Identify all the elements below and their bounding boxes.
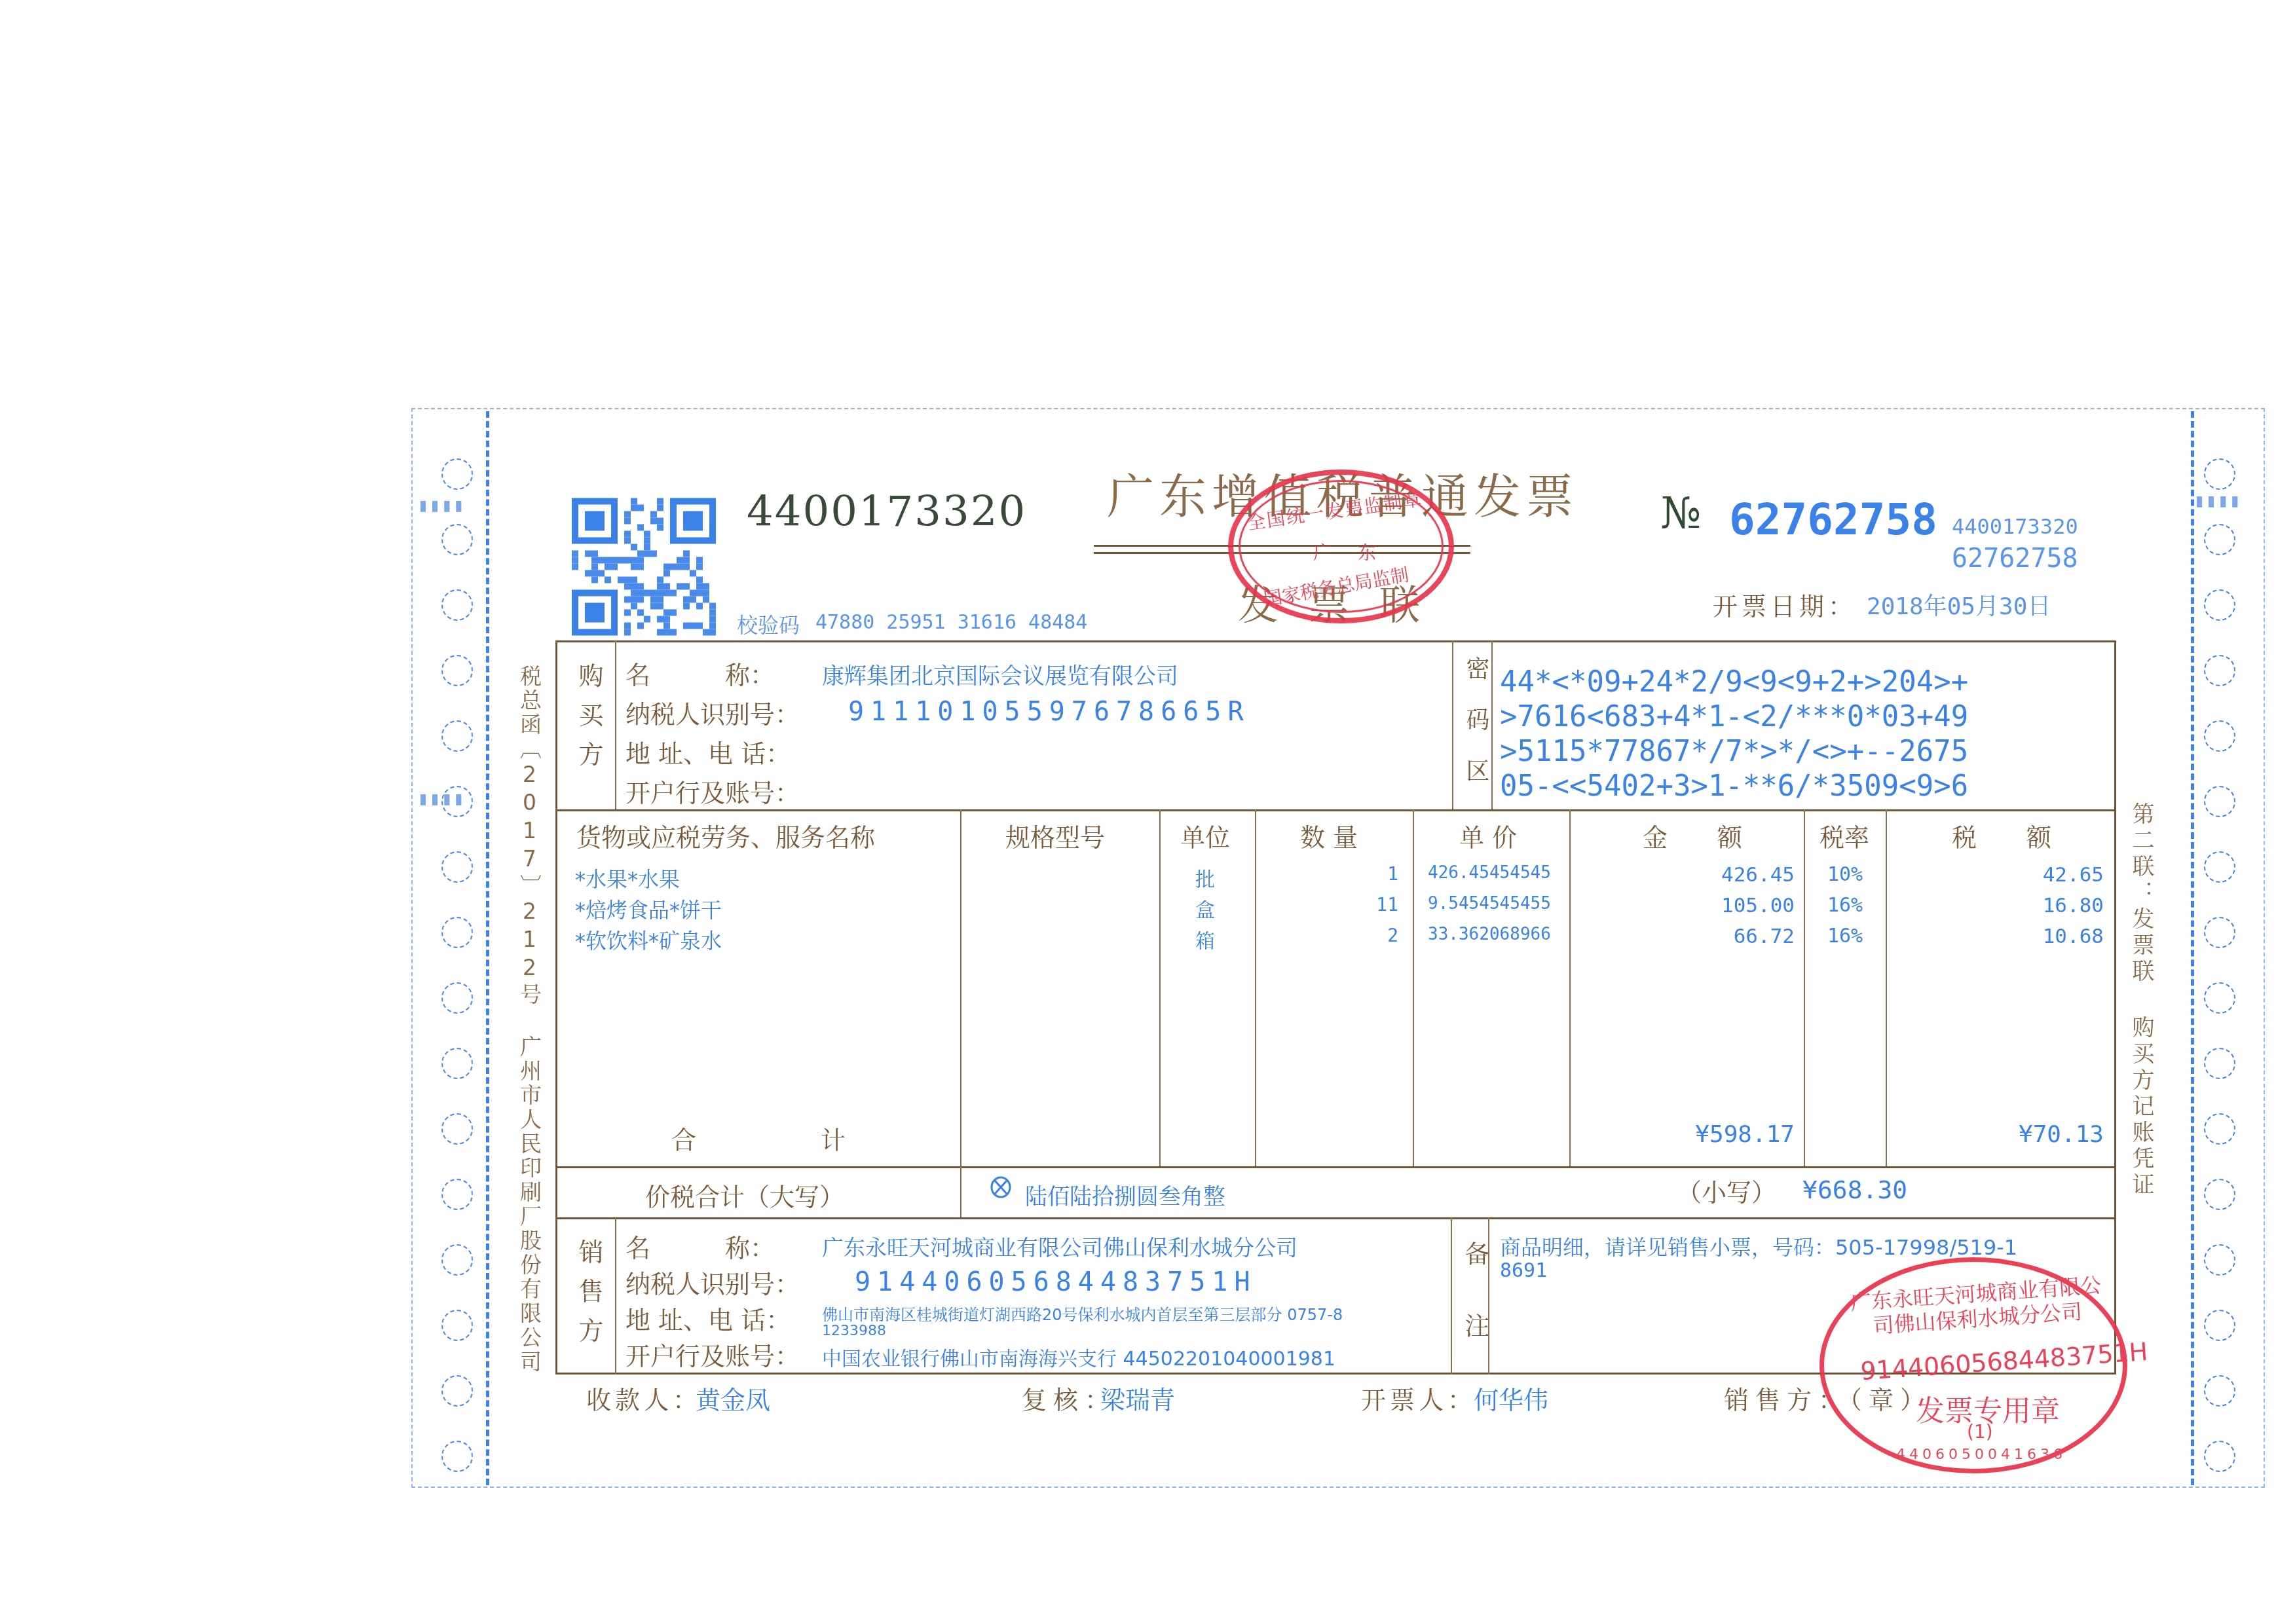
item-amount: 426.45 xyxy=(1578,863,1795,887)
col-header-spec: 规格型号 xyxy=(1005,817,1105,853)
seller-address-line1: 佛山市南海区桂城街道灯湖西路20号保利水城内首层至第三层部分 0757-8 xyxy=(822,1302,1343,1325)
buyer-address-label: 地 址、电 话： xyxy=(625,733,791,769)
item-name: *水果*水果 xyxy=(575,863,680,893)
perforation-hole xyxy=(2204,458,2235,490)
seller-name-label: 名 称： xyxy=(625,1228,775,1264)
perforation-hole xyxy=(441,589,473,621)
item-unit: 批 xyxy=(1195,863,1215,892)
item-tax: 16.80 xyxy=(1893,894,2104,917)
perforation-hole xyxy=(441,720,473,752)
issuer-name: 何华伟 xyxy=(1474,1380,1548,1416)
left-tear-line xyxy=(486,411,489,1485)
total-label: 合 计 xyxy=(671,1120,846,1156)
item-price: 9.5454545455 xyxy=(1428,894,1551,913)
perforation-hole xyxy=(441,1113,473,1145)
left-ink-marks-2: ▮▮▮▮ xyxy=(419,791,466,807)
perforation-hole xyxy=(2204,982,2235,1014)
rule-items-bottom xyxy=(555,1166,2116,1168)
remarks-line1: 商品明细，请详见销售小票，号码：505-17998/519-1 xyxy=(1500,1231,2017,1261)
seller-stamp-tax-id: 91440605684483751H xyxy=(1859,1337,2149,1386)
no-symbol: № xyxy=(1660,488,1701,538)
buyer-name: 康辉集团北京国际会议展览有限公司 xyxy=(822,658,1178,690)
seller-address-label: 地 址、电 话： xyxy=(625,1300,791,1336)
remarks-line2: 8691 xyxy=(1500,1259,1547,1282)
check-code-label: 校验码 xyxy=(737,609,800,639)
issue-date: 2018年05月30日 xyxy=(1867,588,2051,621)
item-rate: 10% xyxy=(1827,863,1863,886)
perforation-hole xyxy=(2204,1113,2235,1145)
col-header-qty: 数 量 xyxy=(1300,817,1358,853)
item-tax: 10.68 xyxy=(1893,925,2104,948)
grand-total-uppercase: 陆佰陆拾捌圆叁角整 xyxy=(1025,1179,1225,1211)
col-divider-rate xyxy=(1886,809,1887,1166)
perforation-hole xyxy=(441,1179,473,1210)
perforation-hole xyxy=(2204,851,2235,883)
perforation-hole xyxy=(441,1244,473,1276)
issuer-label: 开票人： xyxy=(1361,1380,1476,1416)
item-qty: 1 xyxy=(1264,863,1398,885)
buyer-name-label: 名 称： xyxy=(625,655,775,691)
perforation-hole xyxy=(441,1375,473,1407)
invoice-code: 4400173320 xyxy=(747,488,1026,536)
payee-name: 黄金凤 xyxy=(696,1380,770,1416)
perforation-hole xyxy=(441,1048,473,1079)
remarks-left-divider xyxy=(1451,1217,1452,1375)
seller-label-divider xyxy=(615,1217,616,1375)
perforation-hole xyxy=(441,982,473,1014)
col-divider-amount xyxy=(1804,809,1805,1166)
item-qty: 11 xyxy=(1264,894,1398,915)
reviewer-name: 梁瑞青 xyxy=(1100,1380,1175,1416)
seller-invoice-stamp: 广东永旺天河城商业有限公司佛山保利水城分公司 91440605684483751… xyxy=(1819,1257,2127,1473)
item-price: 426.45454545 xyxy=(1428,863,1551,883)
perforation-hole xyxy=(2204,1244,2235,1276)
seller-stamp-bottom-code: 4406050041636 xyxy=(1896,1447,2066,1463)
perforation-hole xyxy=(2204,1441,2235,1472)
perforation-hole xyxy=(2204,1179,2235,1210)
invoice-number-small: 62762758 xyxy=(1952,544,2078,574)
item-unit: 盒 xyxy=(1195,894,1215,923)
seller-tax-id: 91440605684483751H xyxy=(855,1267,1256,1297)
buyer-tax-id-label: 纳税人识别号： xyxy=(625,694,800,730)
seller-bank-label: 开户行及账号： xyxy=(625,1336,800,1372)
rule-buyer-bottom xyxy=(555,809,2116,811)
seller-name: 广东永旺天河城商业有限公司佛山保利水城分公司 xyxy=(822,1231,1297,1262)
grand-total-small-value: ¥668.30 xyxy=(1802,1175,1907,1204)
perforation-hole xyxy=(2204,1048,2235,1079)
col-header-amount: 金 额 xyxy=(1643,817,1742,853)
col-header-tax: 税 额 xyxy=(1952,817,2051,853)
perforation-hole xyxy=(441,1441,473,1472)
cipher-line: >5115*77867*/7*>*/<>+--2675 xyxy=(1500,734,1968,769)
col-header-price: 单 价 xyxy=(1459,817,1517,853)
perforation-hole xyxy=(441,458,473,490)
perforation-hole xyxy=(2204,786,2235,817)
buyer-section-label: 购买方 xyxy=(571,663,607,781)
perforation-hole xyxy=(2204,917,2235,948)
perforation-hole xyxy=(2204,589,2235,621)
right-tear-line xyxy=(2191,411,2194,1485)
seller-tax-id-label: 纳税人识别号： xyxy=(625,1264,800,1300)
perforation-hole xyxy=(441,851,473,883)
item-tax: 42.65 xyxy=(1893,863,2104,887)
item-amount: 66.72 xyxy=(1578,925,1795,948)
seller-stamp-arc-text: 广东永旺天河城商业有限公司佛山保利水城分公司 xyxy=(1841,1272,2112,1340)
item-name: *焙烤食品*饼干 xyxy=(575,894,722,924)
cipher-left-divider xyxy=(1452,640,1453,809)
supervision-stamp: 全国统一发票监制章 广东 国家税务总局监制 xyxy=(1228,470,1454,623)
cipher-line: 44*<*09+24*2/9<9<9+2+>204>+ xyxy=(1500,665,1968,699)
total-amount: ¥598.17 xyxy=(1578,1121,1795,1148)
cipher-lines: 44*<*09+24*2/9<9<9+2+>204>+ >7616<683+4*… xyxy=(1500,665,1968,803)
perforation-hole xyxy=(441,917,473,948)
buyer-bank-label: 开户行及账号： xyxy=(625,773,800,809)
col-divider-price xyxy=(1569,809,1571,1166)
cipher-line: 05-<<5402+3>1-**6/*3509<9>6 xyxy=(1500,769,1968,803)
col-header-unit: 单位 xyxy=(1180,817,1230,853)
col-divider-qty xyxy=(1413,809,1414,1166)
perforation-hole xyxy=(2204,1375,2235,1407)
grand-total-label: 价税合计（大写） xyxy=(645,1177,844,1213)
perforation-hole xyxy=(441,655,473,686)
seller-section-label: 销售方 xyxy=(571,1239,607,1357)
invoice-code-small: 4400173320 xyxy=(1952,514,2078,539)
printer-note: 税总函〔2017〕212号 广州市人民印刷厂股份有限公司 xyxy=(514,665,545,1375)
seller-stamp-sub: (1) xyxy=(1967,1421,1993,1443)
date-label: 开票日期： xyxy=(1713,586,1857,622)
check-code: 47880 25951 31616 48484 xyxy=(815,611,1087,634)
col-header-rate: 税率 xyxy=(1819,817,1869,853)
total-tax: ¥70.13 xyxy=(1893,1121,2104,1148)
perforation-hole xyxy=(441,524,473,555)
cipher-line: >7616<683+4*1-<2/***0*03+49 xyxy=(1500,699,1968,734)
remarks-label: 备注 xyxy=(1457,1241,1493,1385)
invoice-number: 62762758 xyxy=(1729,494,1937,545)
perforation-hole xyxy=(441,1310,473,1341)
circle-x-icon xyxy=(990,1175,1012,1199)
buyer-tax-id: 91110105597678665R xyxy=(848,697,1250,727)
left-ink-marks: ▮▮▮▮ xyxy=(419,498,466,514)
col-divider-unit xyxy=(1255,809,1256,1166)
perforation-hole xyxy=(2204,1310,2235,1341)
item-price: 33.362068966 xyxy=(1428,925,1551,944)
col-divider-spec xyxy=(1159,809,1161,1166)
item-qty: 2 xyxy=(1264,925,1398,946)
buyer-label-divider xyxy=(615,640,616,809)
cipher-label: 密码区 xyxy=(1459,656,1493,809)
right-ink-marks: ▮▮▮▮ xyxy=(2195,493,2243,509)
rule-total-bottom xyxy=(555,1217,2116,1219)
copy-note: 第二联：发票联 购买方记账凭证 xyxy=(2125,802,2157,1199)
seller-address-line2: 1233988 xyxy=(822,1323,886,1339)
col-header-name: 货物或应税劳务、服务名称 xyxy=(576,817,875,853)
col-divider-name xyxy=(960,809,961,1217)
payee-label: 收款人： xyxy=(586,1380,701,1416)
item-rate: 16% xyxy=(1827,894,1863,917)
qr-code xyxy=(572,496,716,637)
perforation-hole xyxy=(2204,655,2235,686)
grand-total-small-label: （小写） xyxy=(1677,1172,1776,1208)
item-unit: 箱 xyxy=(1195,925,1215,953)
item-name: *软饮料*矿泉水 xyxy=(575,925,722,955)
item-amount: 105.00 xyxy=(1578,894,1795,917)
stamp-middle-text: 广东 xyxy=(1313,539,1402,565)
item-rate: 16% xyxy=(1827,925,1863,948)
perforation-hole xyxy=(2204,720,2235,752)
seller-bank: 中国农业银行佛山市南海海兴支行 44502201040001981 xyxy=(822,1342,1335,1371)
perforation-hole xyxy=(2204,524,2235,555)
